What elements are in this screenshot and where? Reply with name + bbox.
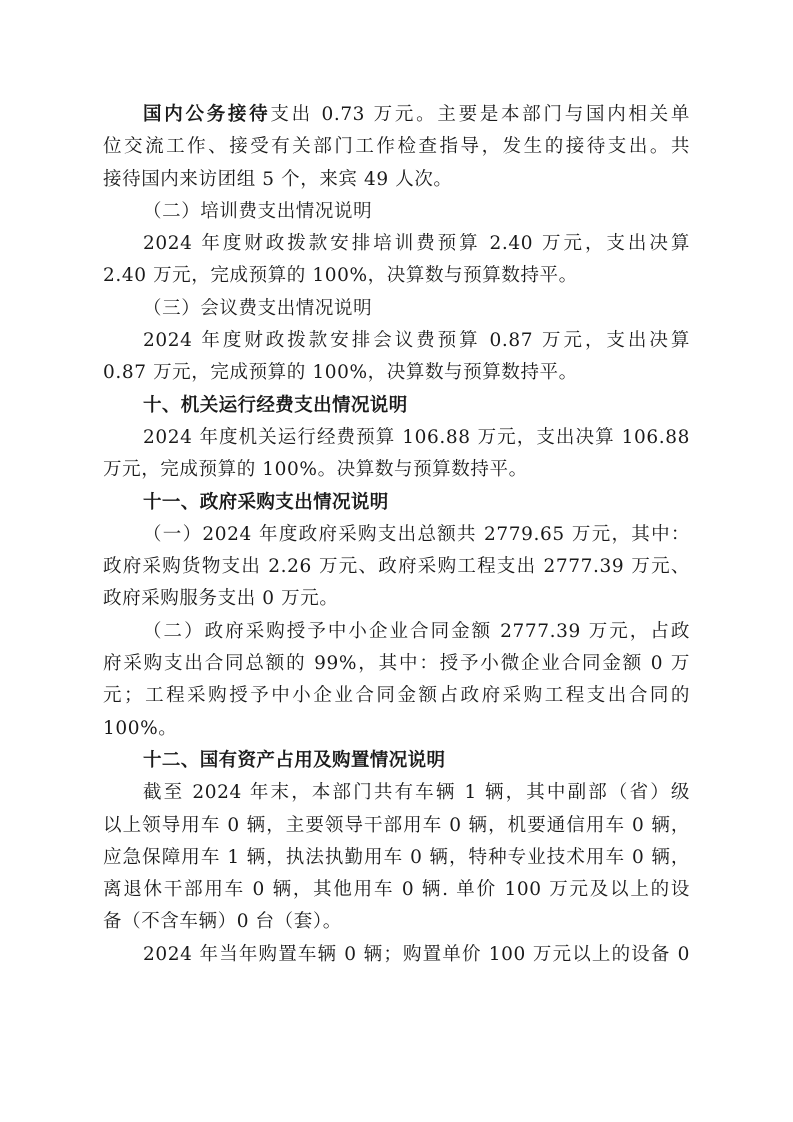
text-line: 应急保障用车 1 辆，执法执勤用车 0 辆，特种专业技术用车 0 辆， <box>103 842 690 874</box>
paragraph-state-assets: 截至 2024 年末，本部门共有车辆 1 辆，其中副部（省）级 以上领导用车 0… <box>103 777 690 938</box>
text-line: 国内公务接待支出 0.73 万元。主要是本部门与国内相关单 <box>103 99 690 131</box>
paragraph-domestic-reception: 国内公务接待支出 0.73 万元。主要是本部门与国内相关单 位交流工作、接受有关… <box>103 99 690 196</box>
document-body: 国内公务接待支出 0.73 万元。主要是本部门与国内相关单 位交流工作、接受有关… <box>103 99 690 971</box>
text-line: 截至 2024 年末，本部门共有车辆 1 辆，其中副部（省）级 <box>103 777 690 809</box>
text-line: 2.40 万元，完成预算的 100%，决算数与预算数持平。 <box>103 260 690 292</box>
text-line: 位交流工作、接受有关部门工作检查指导，发生的接待支出。共 <box>103 131 690 163</box>
text-line: 2024 年度机关运行经费预算 106.88 万元，支出决算 106.88 <box>103 422 690 454</box>
text-line: （二）政府采购授予中小企业合同金额 2777.39 万元，占政 <box>103 616 690 648</box>
paragraph-purchases: 2024 年当年购置车辆 0 辆；购置单价 100 万元以上的设备 0 <box>103 939 690 971</box>
subheading-meeting: （三）会议费支出情况说明 <box>103 293 690 325</box>
paragraph-procurement-total: （一）2024 年度政府采购支出总额共 2779.65 万元，其中： 政府采购货… <box>103 519 690 616</box>
bold-lead-term: 国内公务接待 <box>143 104 270 125</box>
text-line: 府采购支出合同总额的 99%，其中：授予小微企业合同金额 0 万 <box>103 648 690 680</box>
section-heading-10: 十、机关运行经费支出情况说明 <box>103 390 690 422</box>
paragraph-meeting: 2024 年度财政拨款安排会议费预算 0.87 万元，支出决算 0.87 万元，… <box>103 325 690 390</box>
text-line: 100%。 <box>103 713 690 745</box>
text-line: 离退休干部用车 0 辆，其他用车 0 辆. 单价 100 万元及以上的设 <box>103 874 690 906</box>
paragraph-training: 2024 年度财政拨款安排培训费预算 2.40 万元，支出决算 2.40 万元，… <box>103 228 690 293</box>
paragraph-operating-expenses: 2024 年度机关运行经费预算 106.88 万元，支出决算 106.88 万元… <box>103 422 690 487</box>
section-heading-11: 十一、政府采购支出情况说明 <box>103 487 690 519</box>
text-line: 接待国内来访团组 5 个，来宾 49 人次。 <box>103 164 690 196</box>
text-line: 政府采购货物支出 2.26 万元、政府采购工程支出 2777.39 万元、 <box>103 551 690 583</box>
text-line: 备（不含车辆）0 台（套）。 <box>103 906 690 938</box>
text-line: 万元，完成预算的 100%。决算数与预算数持平。 <box>103 454 690 486</box>
text-line: 政府采购服务支出 0 万元。 <box>103 583 690 615</box>
document-page: 国内公务接待支出 0.73 万元。主要是本部门与国内相关单 位交流工作、接受有关… <box>0 0 793 1122</box>
subheading-training: （二）培训费支出情况说明 <box>103 196 690 228</box>
section-heading-12: 十二、国有资产占用及购置情况说明 <box>103 745 690 777</box>
text-line: 元；工程采购授予中小企业合同金额占政府采购工程支出合同的 <box>103 680 690 712</box>
text-line: 2024 年度财政拨款安排会议费预算 0.87 万元，支出决算 <box>103 325 690 357</box>
text-line: 0.87 万元，完成预算的 100%，决算数与预算数持平。 <box>103 357 690 389</box>
text-line: 2024 年度财政拨款安排培训费预算 2.40 万元，支出决算 <box>103 228 690 260</box>
text-line: （一）2024 年度政府采购支出总额共 2779.65 万元，其中： <box>103 519 690 551</box>
paragraph-procurement-sme: （二）政府采购授予中小企业合同金额 2777.39 万元，占政 府采购支出合同总… <box>103 616 690 745</box>
text-line: 2024 年当年购置车辆 0 辆；购置单价 100 万元以上的设备 0 <box>103 939 690 971</box>
text-line: 以上领导用车 0 辆，主要领导干部用车 0 辆，机要通信用车 0 辆， <box>103 810 690 842</box>
